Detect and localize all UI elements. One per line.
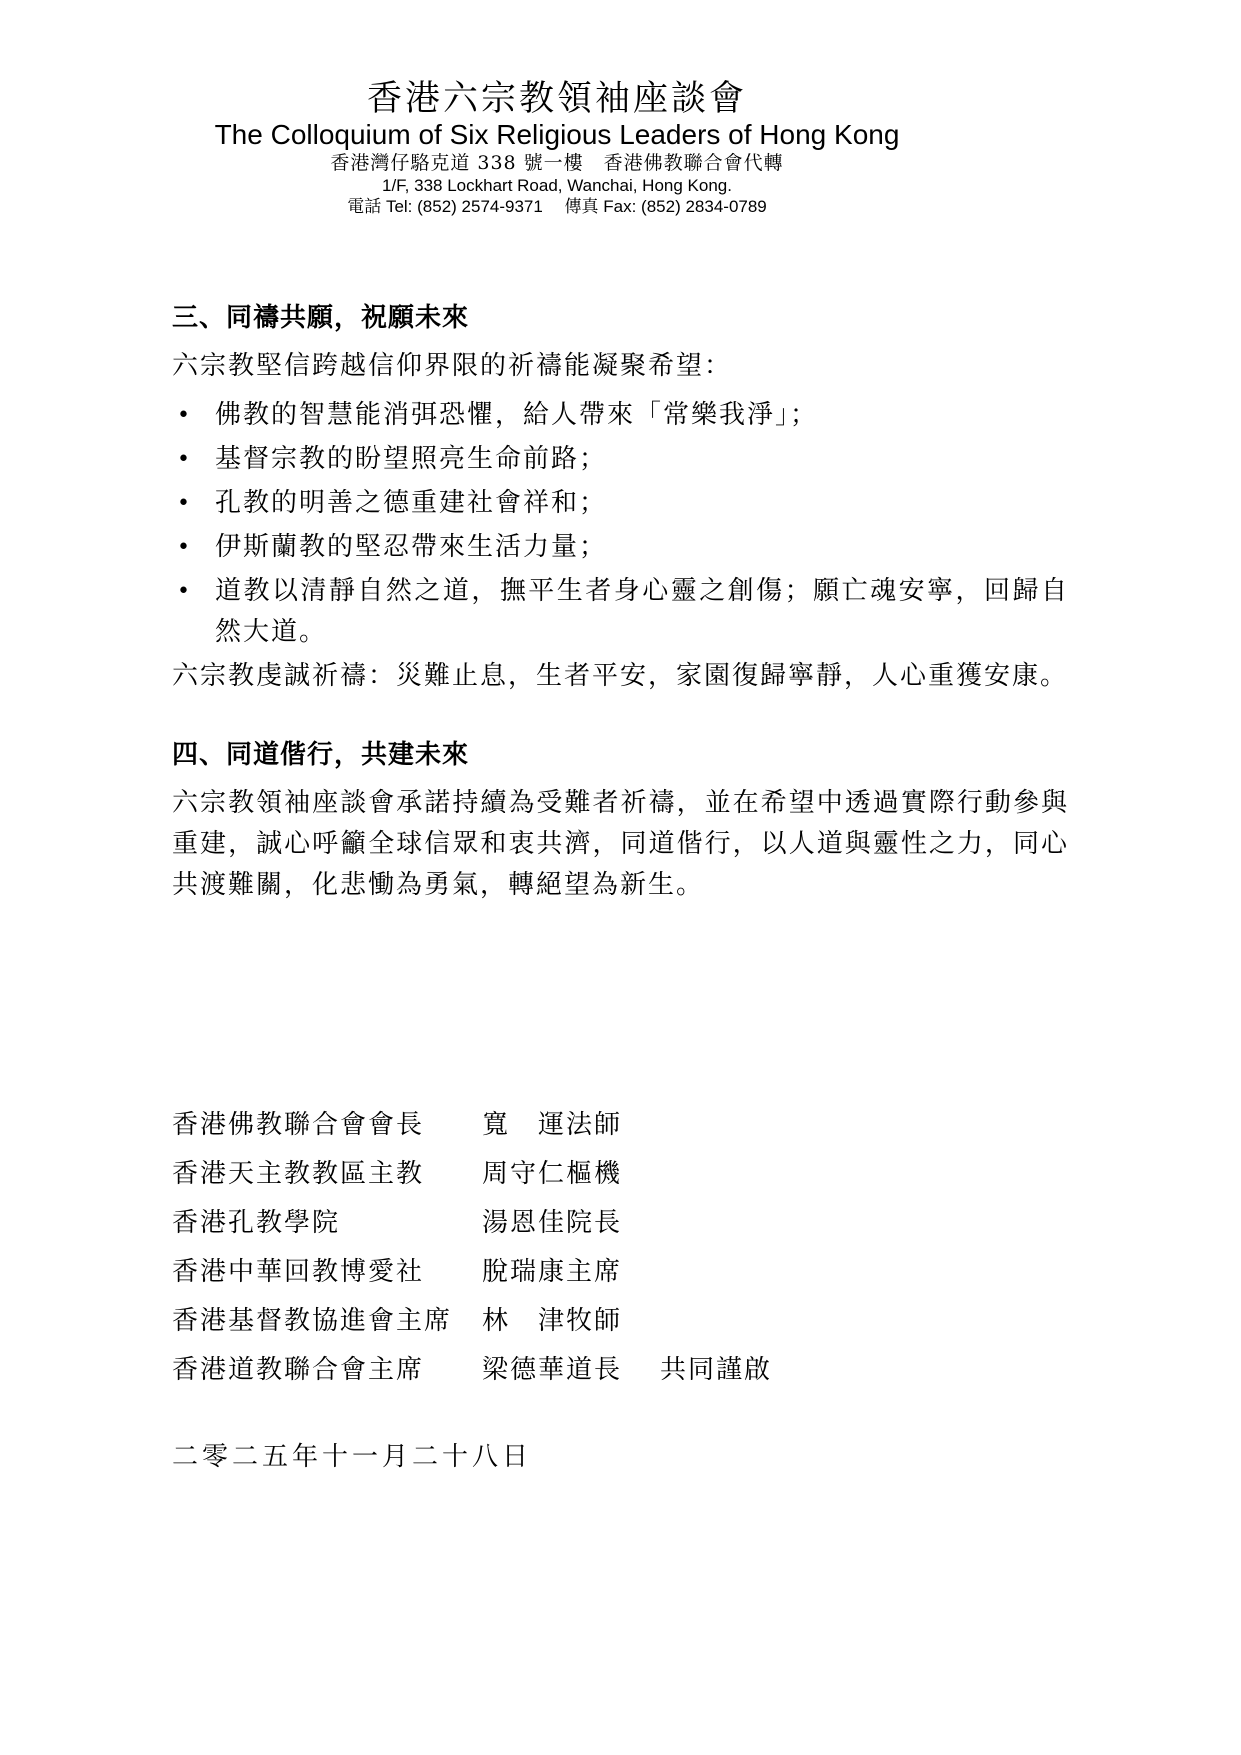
document-page: 香港六宗教領袖座談會 The Colloquium of Six Religio… [0,0,1241,1755]
signature-org: 香港天主教教區主教 [172,1160,482,1188]
org-title-chinese: 香港六宗教領袖座談會 [172,80,942,118]
prayer-bullet-list: 佛教的智慧能消弭恐懼，給人帶來「常樂我淨」； 基督宗教的盼望照亮生命前路； 孔教… [172,395,1069,653]
signature-row: 香港道教聯合會主席梁德華道長共同謹啟 [172,1356,1069,1384]
signature-joint-closing: 共同謹啟 [660,1355,772,1385]
org-tel-fax: 電話 Tel: (852) 2574-9371 傳真 Fax: (852) 28… [172,196,942,218]
org-title-english: The Colloquium of Six Religious Leaders … [172,118,942,152]
signature-row: 香港孔教學院湯恩佳院長 [172,1209,1069,1237]
org-address-chinese: 香港灣仔駱克道 338 號一樓 香港佛教聯合會代轉 [172,152,942,175]
signature-name: 梁德華道長 [482,1355,622,1385]
signature-org: 香港基督教協進會主席 [172,1307,482,1335]
signature-row: 香港中華回教博愛社脫瑞康主席 [172,1258,1069,1286]
signature-name: 湯恩佳院長 [482,1208,622,1238]
signature-block: 香港佛教聯合會會長寬 運法師 香港天主教教區主教周守仁樞機 香港孔教學院湯恩佳院… [172,1111,1069,1384]
signature-org: 香港道教聯合會主席 [172,1356,482,1384]
section-four: 四、同道偕行，共建未來 六宗教領袖座談會承諾持續為受難者祈禱，並在希望中透過實際… [172,740,1069,906]
prayer-bullet-islam: 伊斯蘭教的堅忍帶來生活力量； [172,527,1069,568]
section-three: 三、同禱共願，祝願未來 六宗教堅信跨越信仰界限的祈禱能凝聚希望： 佛教的智慧能消… [172,303,1069,697]
prayer-bullet-taoism: 道教以清靜自然之道，撫平生者身心靈之創傷；願亡魂安寧，回歸自然大道。 [172,571,1069,653]
signature-org: 香港中華回教博愛社 [172,1258,482,1286]
signature-name: 周守仁樞機 [482,1159,622,1189]
letterhead: 香港六宗教領袖座談會 The Colloquium of Six Religio… [172,80,942,218]
section-four-heading: 四、同道偕行，共建未來 [172,740,1069,770]
section-three-heading: 三、同禱共願，祝願未來 [172,303,1069,333]
section-four-body: 六宗教領袖座談會承諾持續為受難者祈禱，並在希望中透過實際行動參與重建，誠心呼籲全… [172,783,1069,906]
signature-name: 林 津牧師 [482,1306,622,1336]
signature-row: 香港天主教教區主教周守仁樞機 [172,1160,1069,1188]
prayer-bullet-confucianism: 孔教的明善之德重建社會祥和； [172,483,1069,524]
prayer-bullet-christianity: 基督宗教的盼望照亮生命前路； [172,439,1069,480]
signature-name: 寬 運法師 [482,1110,622,1140]
signature-row: 香港基督教協進會主席林 津牧師 [172,1307,1069,1335]
prayer-bullet-buddhism: 佛教的智慧能消弭恐懼，給人帶來「常樂我淨」； [172,395,1069,436]
section-three-closing: 六宗教虔誠祈禱：災難止息，生者平安，家園復歸寧靜，人心重獲安康。 [172,656,1069,697]
signature-org: 香港佛教聯合會會長 [172,1111,482,1139]
org-address-english: 1/F, 338 Lockhart Road, Wanchai, Hong Ko… [172,175,942,196]
document-date: 二零二五年十一月二十八日 [172,1437,1069,1478]
signature-name: 脫瑞康主席 [482,1257,622,1287]
signature-org: 香港孔教學院 [172,1209,482,1237]
signature-row: 香港佛教聯合會會長寬 運法師 [172,1111,1069,1139]
section-three-intro: 六宗教堅信跨越信仰界限的祈禱能凝聚希望： [172,346,1069,387]
